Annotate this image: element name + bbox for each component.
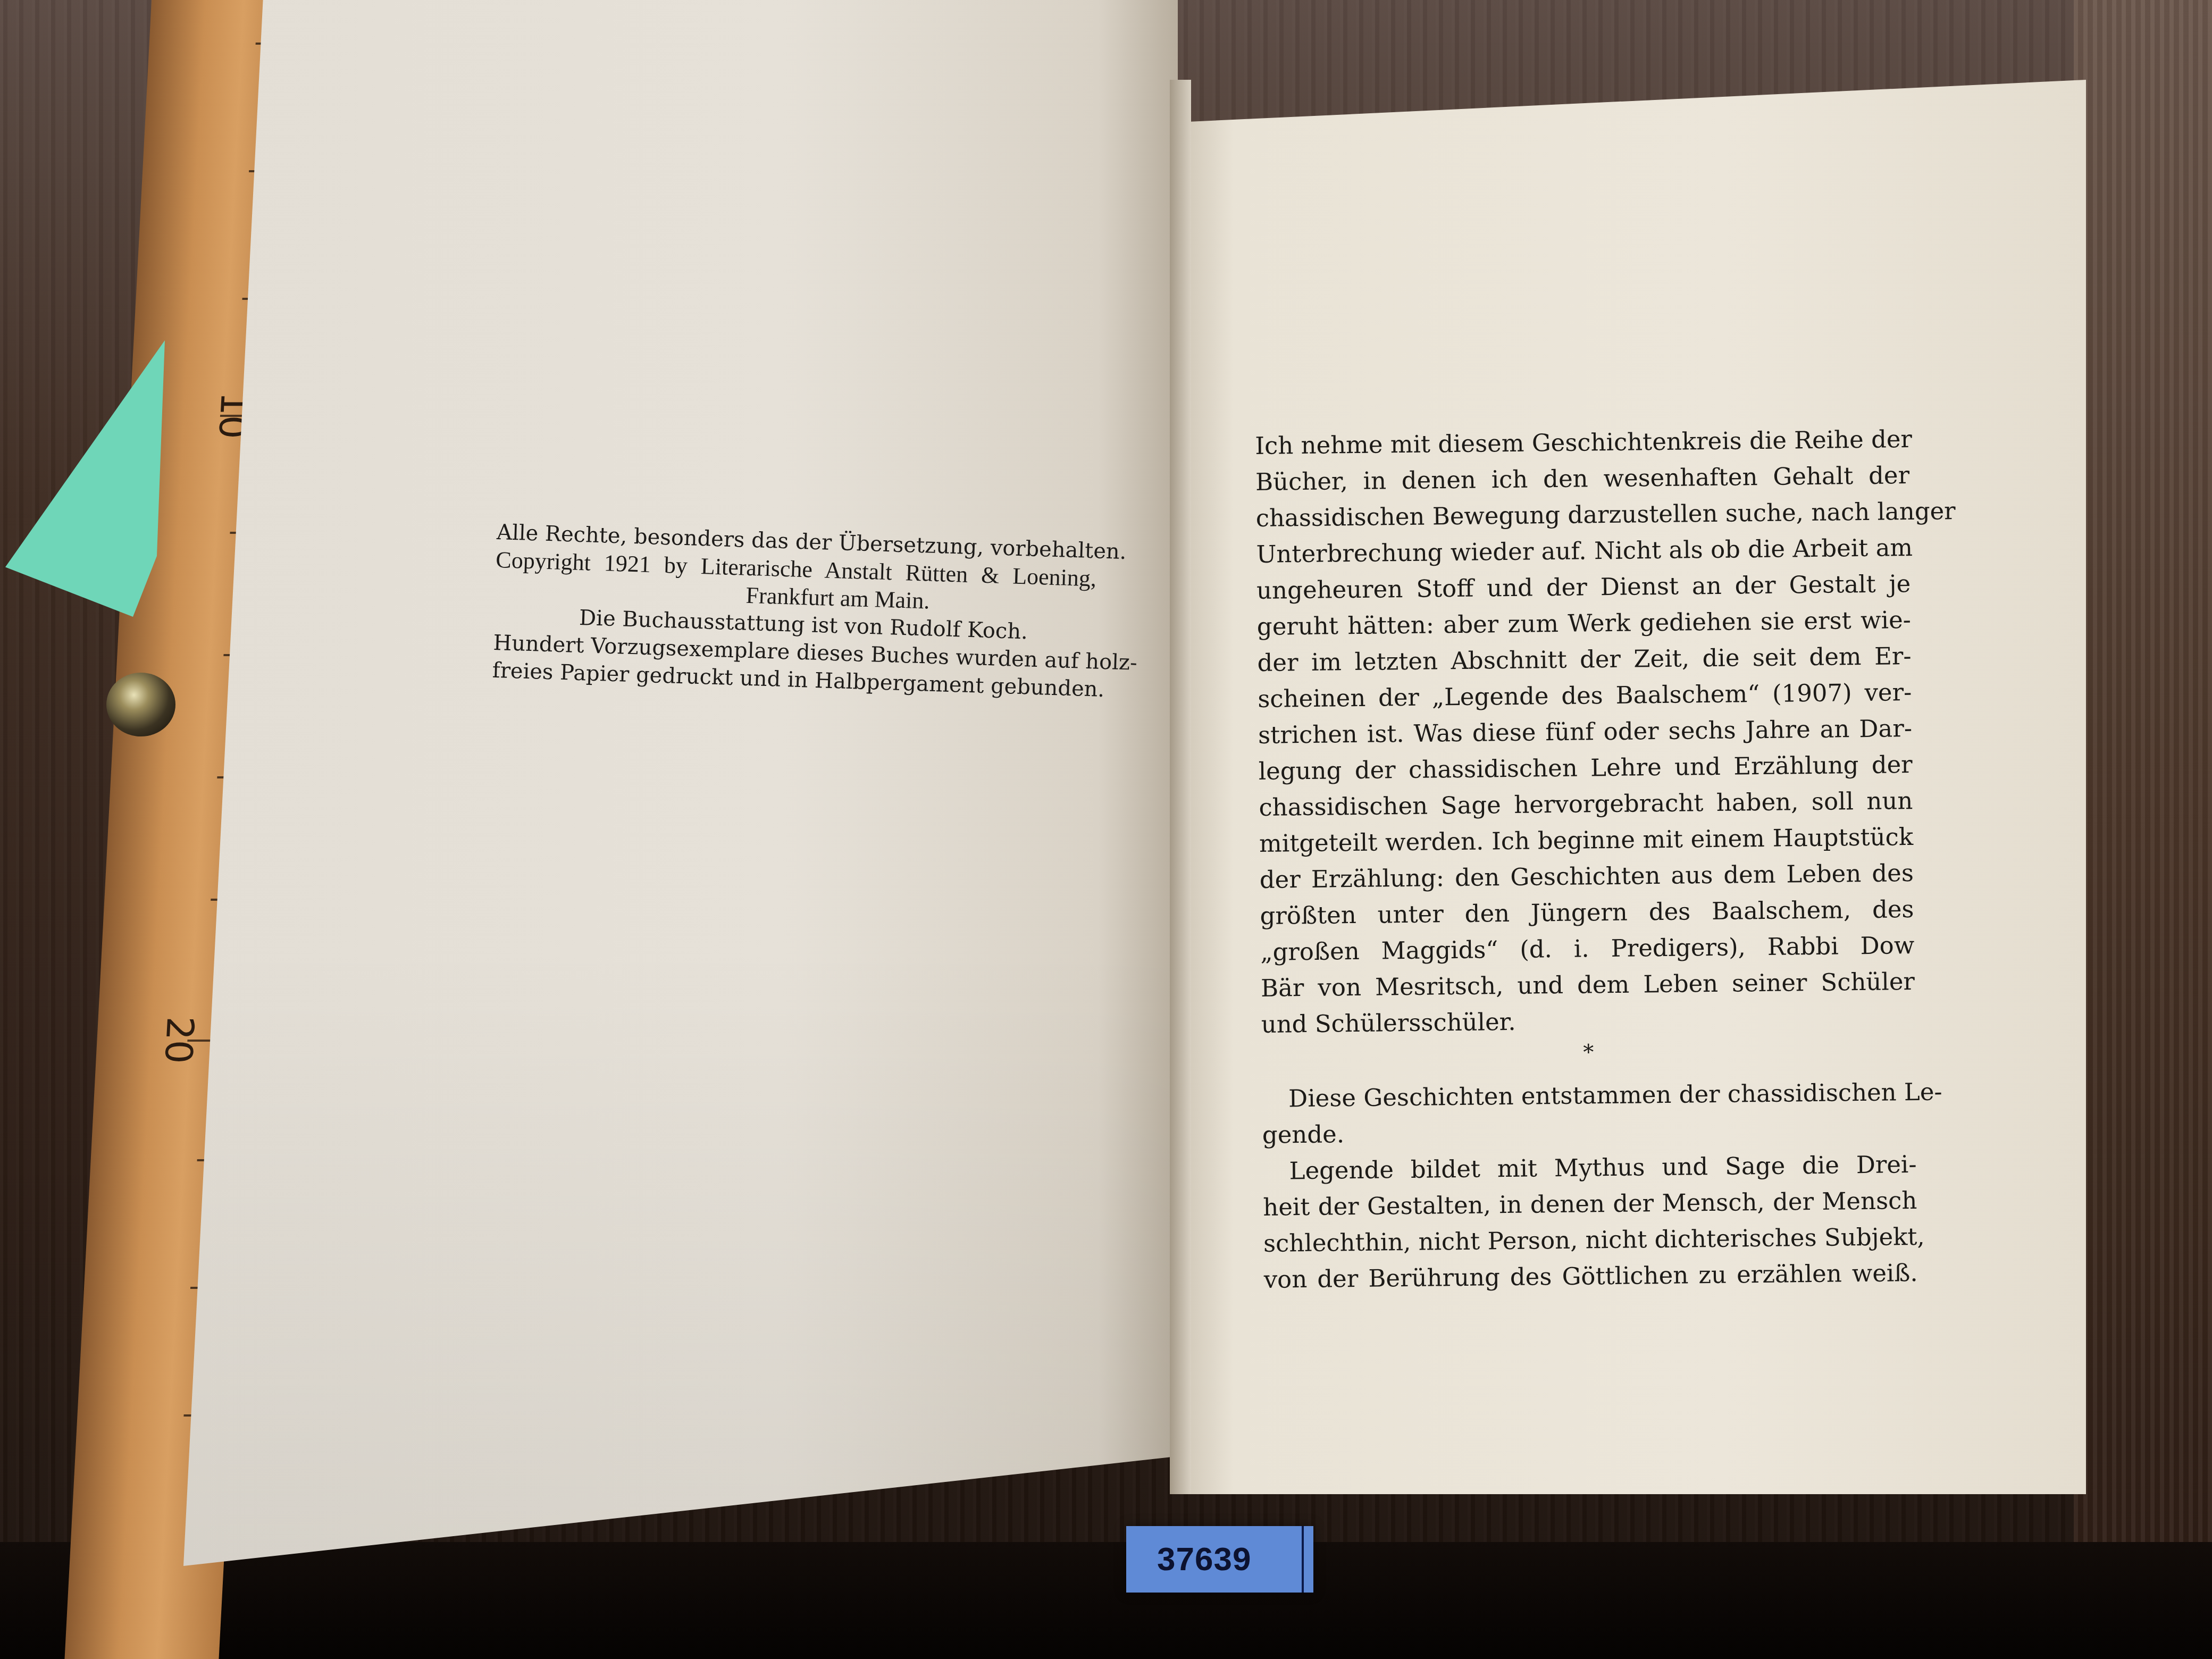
- text-line: heit der Gestalten, in denen der Mensch,…: [1263, 1183, 1917, 1226]
- paragraph-3: Legende bildet mit Mythus und Sage die D…: [1262, 1146, 1918, 1298]
- text-line: gende.: [1262, 1110, 1917, 1153]
- text-line: legung der chassidischen Lehre und Erzäh…: [1258, 747, 1913, 790]
- text-line: und Schülersschüler.: [1261, 1000, 1915, 1043]
- paragraph-2: Diese Geschichten entstammen der chassid…: [1262, 1074, 1916, 1153]
- inventory-number-label: 37639: [1126, 1526, 1313, 1593]
- text-line: Bär von Mesritsch, und dem Leben seiner …: [1261, 963, 1915, 1007]
- text-line: geruht hätten: aber zum Werk gediehen si…: [1257, 602, 1912, 645]
- left-page-shadow: [183, 0, 1178, 1566]
- text-line: schlechthin, nicht Person, nicht dichter…: [1263, 1219, 1918, 1262]
- text-line: größten unter den Jüngern des Baalschem,…: [1260, 891, 1914, 934]
- wooden-table-right-edge: [2074, 0, 2212, 1659]
- book-gutter: [1170, 80, 1191, 1494]
- text-line: von der Berührung des Göttlichen zu erzä…: [1263, 1255, 1918, 1298]
- text-line: scheinen der „Legende des Baalschem“ (19…: [1258, 674, 1912, 717]
- text-line: der im letzten Abschnitt der Zeit, die s…: [1257, 638, 1912, 681]
- text-line: Legende bildet mit Mythus und Sage die D…: [1262, 1146, 1917, 1189]
- text-line: chassidischen Bewegung darzustellen such…: [1255, 493, 1910, 537]
- label-edge-stripe: [1302, 1526, 1304, 1593]
- text-line: strichen ist. Was diese fünf oder sechs …: [1258, 710, 1913, 753]
- paragraph-1: Ich nehme mit diesem Geschichtenkreis di…: [1255, 421, 1915, 1043]
- text-line: Ich nehme mit diesem Geschichtenkreis di…: [1255, 421, 1909, 464]
- text-line: Diese Geschichten entstammen der chassid…: [1262, 1074, 1916, 1117]
- dark-foreground: [0, 1542, 2212, 1659]
- text-line: Unterbrechung wieder auf. Nicht als ob d…: [1256, 530, 1911, 573]
- text-line: „großen Maggids“ (d. i. Predigers), Rabb…: [1260, 927, 1915, 970]
- copyright-block: Alle Rechte, besonders das der Übersetzu…: [492, 518, 1097, 703]
- brass-knob: [106, 673, 175, 736]
- text-line: mitgeteilt werden. Ich beginne mit einem…: [1259, 819, 1914, 862]
- ruler-mark-20: 20: [156, 1016, 203, 1063]
- text-line: Bücher, in denen ich den wesenhaften Geh…: [1255, 457, 1910, 500]
- text-line: chassidischen Sage hervorgebracht haben,…: [1259, 783, 1913, 826]
- inventory-number: 37639: [1157, 1540, 1251, 1578]
- preface-text: Ich nehme mit diesem Geschichtenkreis di…: [1255, 421, 1918, 1298]
- text-line: ungeheuren Stoff und der Dienst an der G…: [1256, 566, 1911, 609]
- text-line: der Erzählung: den Geschichten aus dem L…: [1260, 855, 1914, 898]
